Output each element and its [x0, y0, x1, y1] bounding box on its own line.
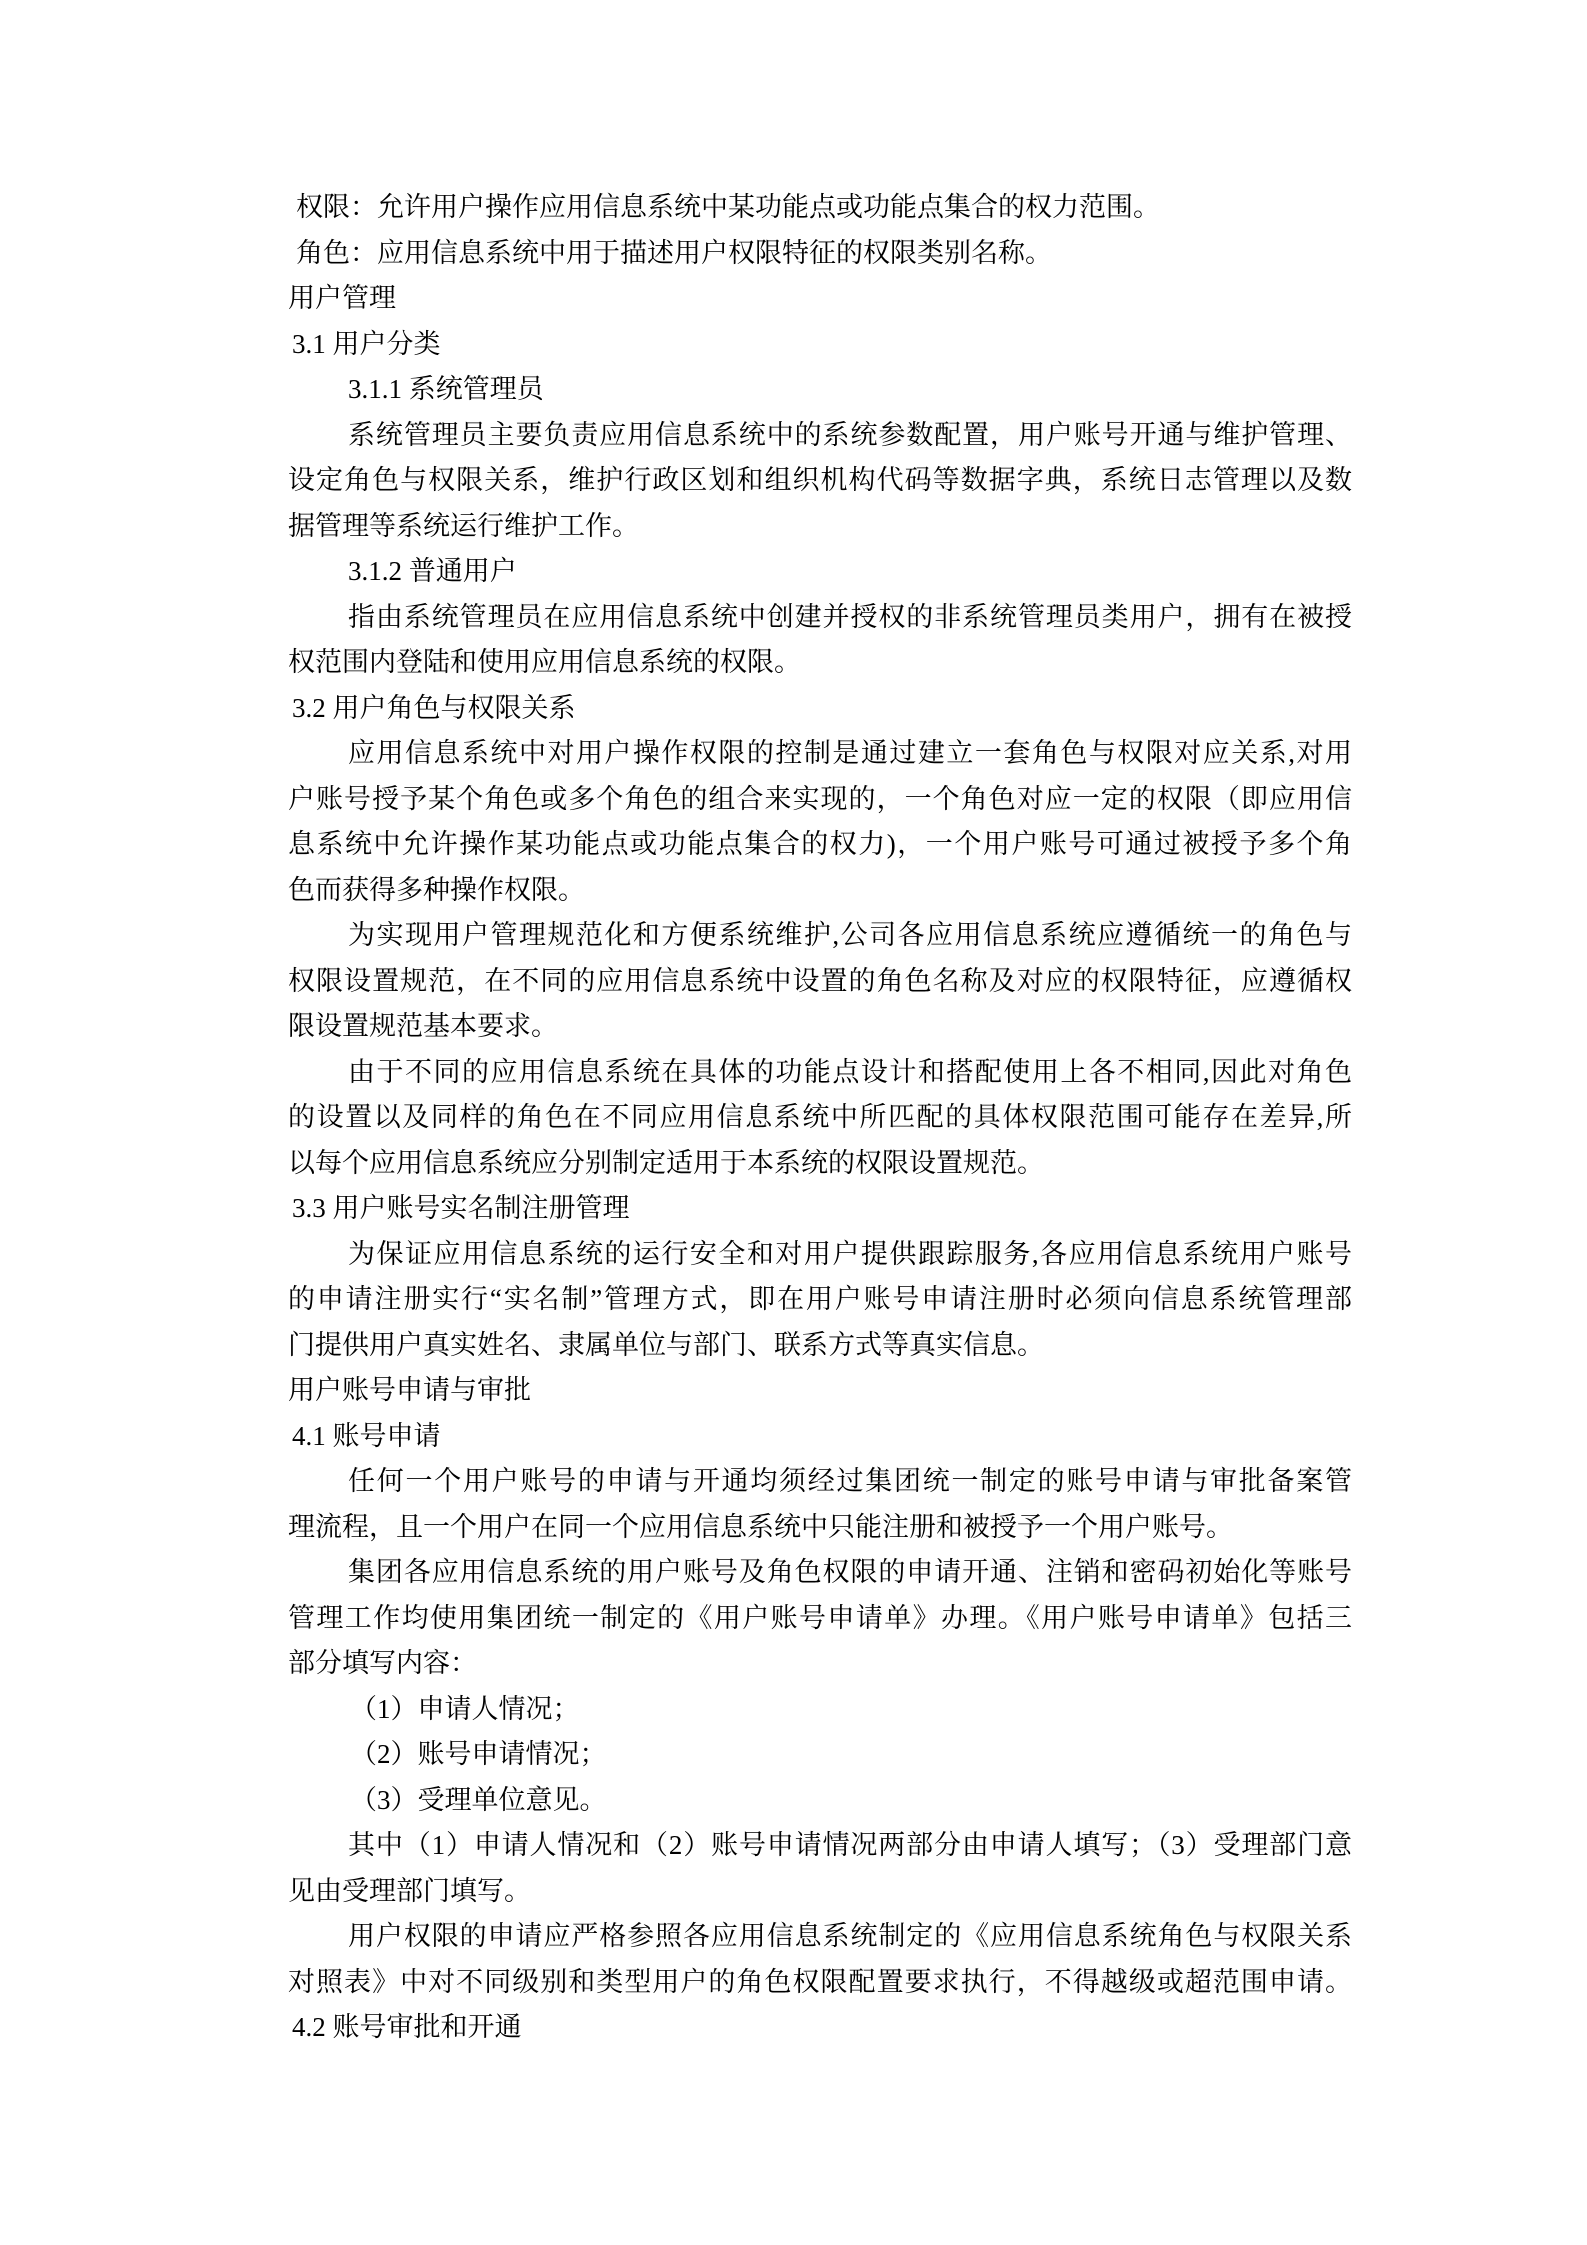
paragraph-line: 集团各应用信息系统的用户账号及角色权限的申请开通、注销和密码初始化等账号	[288, 1550, 1352, 1596]
paragraph-line: 的申请注册实行“实名制”管理方式，即在用户账号申请注册时必须向信息系统管理部	[288, 1277, 1352, 1323]
numbered-section-item: 3.用户管理	[288, 276, 1352, 322]
paragraph-line: 系统管理员主要负责应用信息系统中的系统参数配置，用户账号开通与维护管理、	[288, 413, 1352, 459]
paragraph-line: 权限设置规范，在不同的应用信息系统中设置的角色名称及对应的权限特征，应遵循权	[288, 959, 1352, 1005]
paragraph-line: 为保证应用信息系统的运行安全和对用户提供跟踪服务,各应用信息系统用户账号	[288, 1232, 1352, 1278]
definition-line: 角色：应用信息系统中用于描述用户权限特征的权限类别名称。	[288, 231, 1352, 277]
paragraph-line: 理流程，且一个用户在同一个应用信息系统中只能注册和被授予一个用户账号。	[288, 1505, 1352, 1551]
subsubsection-heading: 3.1.1 系统管理员	[288, 367, 1352, 413]
numbered-section-item: 4.用户账号申请与审批	[288, 1368, 1352, 1414]
subsection-heading: 3.1 用户分类	[288, 322, 1352, 368]
paragraph-line: 门提供用户真实姓名、隶属单位与部门、联系方式等真实信息。	[288, 1323, 1352, 1369]
paragraph-line: 由于不同的应用信息系统在具体的功能点设计和搭配使用上各不相同,因此对角色	[288, 1050, 1352, 1096]
paragraph-line: 设定角色与权限关系，维护行政区划和组织机构代码等数据字典，系统日志管理以及数	[288, 458, 1352, 504]
paragraph-line: 的设置以及同样的角色在不同应用信息系统中所匹配的具体权限范围可能存在差异,所	[288, 1095, 1352, 1141]
subsection-heading: 4.1 账号申请	[288, 1414, 1352, 1460]
item-text: 用户管理	[288, 283, 396, 313]
item-text: 用户账号申请与审批	[288, 1375, 531, 1405]
enum-item-line: （2）账号申请情况；	[288, 1732, 1352, 1778]
enum-item-line: （3）受理单位意见。	[288, 1778, 1352, 1824]
subsubsection-heading: 3.1.2 普通用户	[288, 549, 1352, 595]
paragraph-line: 户账号授予某个角色或多个角色的组合来实现的，一个角色对应一定的权限（即应用信	[288, 777, 1352, 823]
paragraph-line: 管理工作均使用集团统一制定的《用户账号申请单》办理。《用户账号申请单》包括三	[288, 1596, 1352, 1642]
paragraph-line: 色而获得多种操作权限。	[288, 868, 1352, 914]
paragraph-line: 见由受理部门填写。	[288, 1869, 1352, 1915]
paragraph-line: 部分填写内容：	[288, 1641, 1352, 1687]
paragraph-line: 以每个应用信息系统应分别制定适用于本系统的权限设置规范。	[288, 1141, 1352, 1187]
paragraph-line: 应用信息系统中对用户操作权限的控制是通过建立一套角色与权限对应关系,对用	[288, 731, 1352, 777]
document-text-block: 权限：允许用户操作应用信息系统中某功能点或功能点集合的权力范围。 角色：应用信息…	[288, 185, 1352, 2051]
paragraph-line: 息系统中允许操作某功能点或功能点集合的权力)，一个用户账号可通过被授予多个角	[288, 822, 1352, 868]
paragraph-line: 限设置规范基本要求。	[288, 1004, 1352, 1050]
subsection-heading: 4.2 账号审批和开通	[288, 2005, 1352, 2051]
paragraph-line: 为实现用户管理规范化和方便系统维护,公司各应用信息系统应遵循统一的角色与	[288, 913, 1352, 959]
paragraph-line: 据管理等系统运行维护工作。	[288, 504, 1352, 550]
paragraph-line: 用户权限的申请应严格参照各应用信息系统制定的《应用信息系统角色与权限关系	[288, 1914, 1352, 1960]
enum-item-line: （1）申请人情况；	[288, 1687, 1352, 1733]
definition-line: 权限：允许用户操作应用信息系统中某功能点或功能点集合的权力范围。	[288, 185, 1352, 231]
paragraph-line: 其中（1）申请人情况和（2）账号申请情况两部分由申请人填写；（3）受理部门意	[288, 1823, 1352, 1869]
document-page: 权限：允许用户操作应用信息系统中某功能点或功能点集合的权力范围。 角色：应用信息…	[0, 0, 1587, 2245]
paragraph-line: 对照表》中对不同级别和类型用户的角色权限配置要求执行，不得越级或超范围申请。	[288, 1960, 1352, 2006]
paragraph-line: 权范围内登陆和使用应用信息系统的权限。	[288, 640, 1352, 686]
paragraph-line: 任何一个用户账号的申请与开通均须经过集团统一制定的账号申请与审批备案管	[288, 1459, 1352, 1505]
subsection-heading: 3.2 用户角色与权限关系	[288, 686, 1352, 732]
paragraph-line: 指由系统管理员在应用信息系统中创建并授权的非系统管理员类用户，拥有在被授	[288, 595, 1352, 641]
subsection-heading: 3.3 用户账号实名制注册管理	[288, 1186, 1352, 1232]
